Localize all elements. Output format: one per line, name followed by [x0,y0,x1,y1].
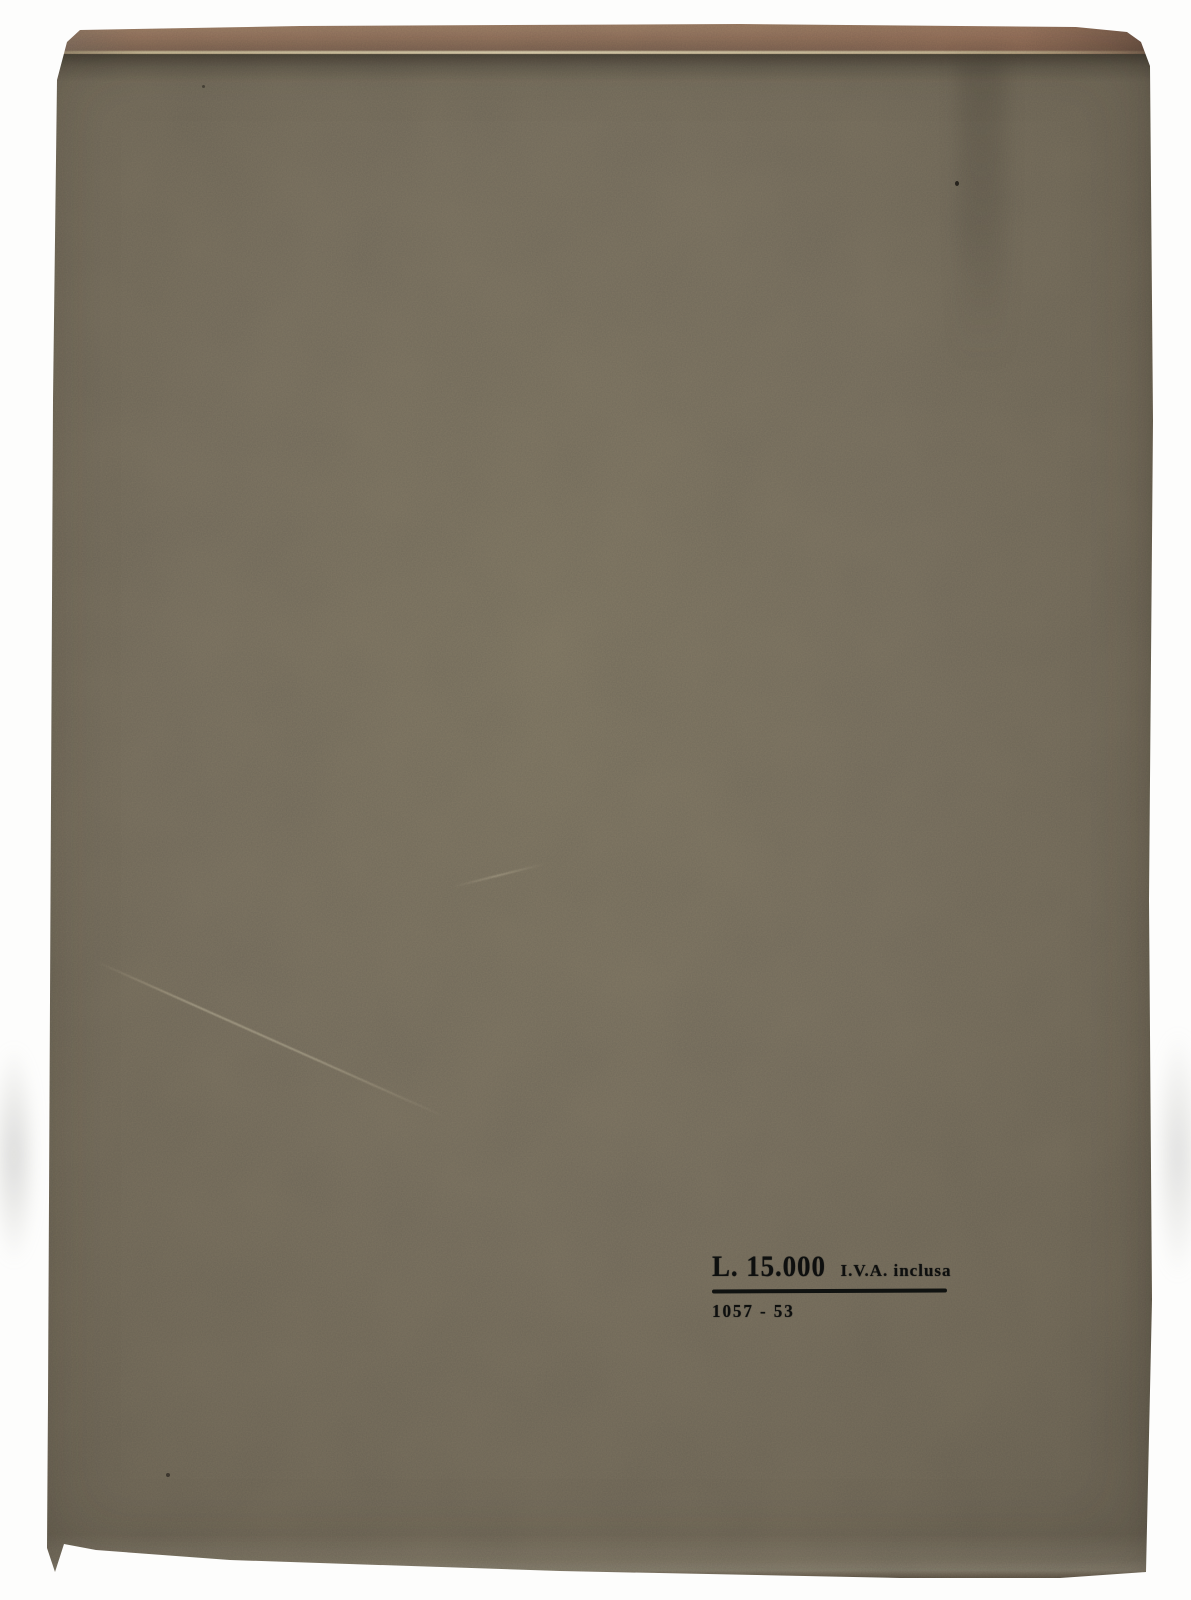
vat-note: I.V.A. inclusa [841,1261,952,1281]
stamp-rule [712,1288,947,1293]
price-stamp: L. 15.000 I.V.A. inclusa 1057 - 53 [712,1250,952,1322]
scanned-photo: L. 15.000 I.V.A. inclusa 1057 - 53 [0,0,1191,1600]
price-line: L. 15.000 I.V.A. inclusa [712,1250,952,1284]
price-value: L. 15.000 [712,1250,826,1284]
background-smudge [1153,1030,1191,1280]
print-code: 1057 - 53 [712,1301,940,1322]
photo-vignette [0,0,1191,1600]
background-smudge [0,1045,38,1265]
book-back-cover: L. 15.000 I.V.A. inclusa 1057 - 53 [0,0,1191,1600]
